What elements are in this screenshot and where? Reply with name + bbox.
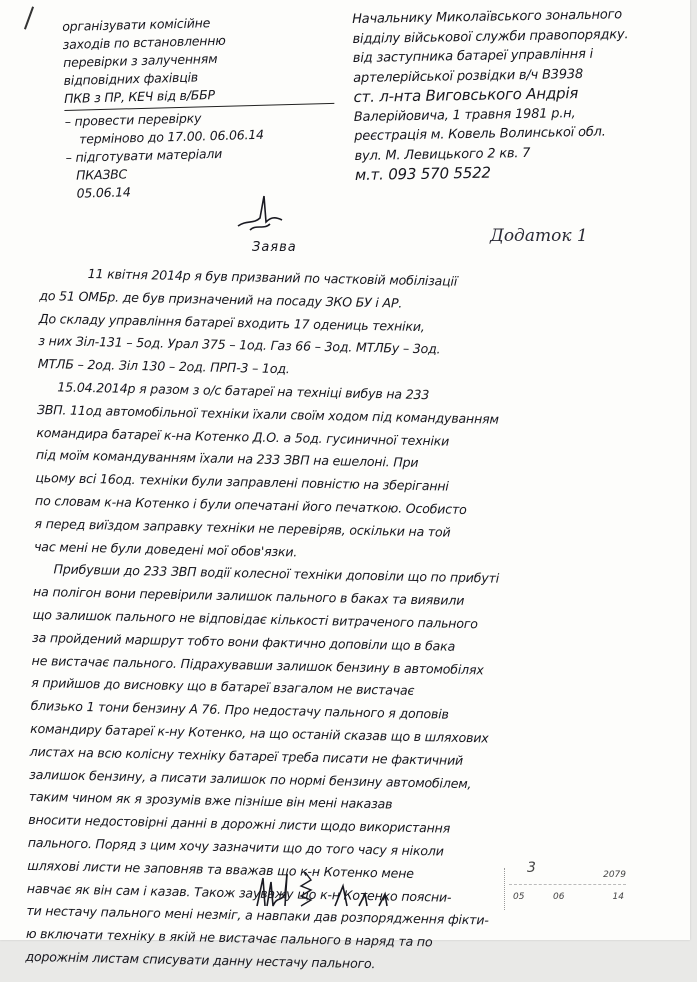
stamp-divider	[509, 884, 626, 885]
author-signature-icon	[255, 872, 415, 908]
registration-number: 3	[527, 860, 536, 876]
document-page: організувати комісійне заходів по встано…	[0, 0, 690, 940]
registration-code: 2079	[603, 870, 626, 880]
appendix-label: Додаток 1	[490, 226, 588, 246]
corner-mark	[24, 6, 34, 29]
registration-stamp: 3 2079 05 06 14	[504, 868, 630, 910]
document-title: Заява	[252, 240, 297, 255]
resolution-note: організувати комісійне заходів по встано…	[62, 10, 357, 203]
statement-body: 11 квітня 2014р я був призваний по частк…	[25, 262, 690, 960]
registration-month: 06	[553, 892, 564, 902]
registration-year: 14	[613, 892, 624, 902]
addressee-block: Начальнику Миколаївського зонального від…	[352, 4, 685, 185]
registration-day: 05	[513, 892, 524, 902]
resolution-signature-icon	[236, 190, 284, 234]
